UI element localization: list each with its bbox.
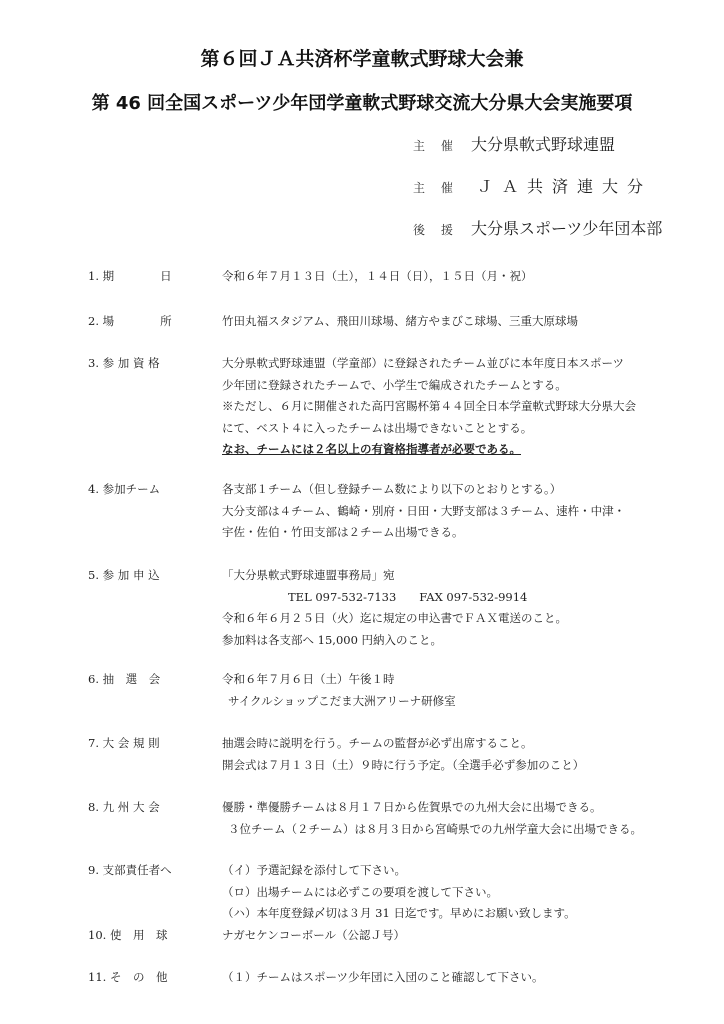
item-ball: 10. 使 用 球 ナガセケンコーボール（公認Ｊ号） [88, 925, 648, 947]
item-line: 竹田丸福スタジアム、飛田川球場、緒方やまびこ球場、三重大原球場 [222, 311, 648, 333]
item-label: 8. 九 州 大 会 [88, 797, 222, 840]
item-label: 3. 参 加 資 格 [88, 353, 222, 461]
organizer-row-2: 主 催 ＪＡ共済連大分 [413, 174, 652, 197]
item-label: 9. 支部責任者へ [88, 860, 222, 925]
item-label: 7. 大 会 規 則 [88, 733, 222, 776]
item-body: 各支部１チーム（但し登録チーム数により以下のとおりとする。） 大分支部は４チーム… [222, 479, 648, 544]
contact-phone-fax: TEL 097-532-7133 FAX 097-532-9914 [222, 587, 648, 609]
item-venues: 2. 場 所 竹田丸福スタジアム、飛田川球場、緒方やまびこ球場、三重大原球場 [88, 311, 648, 333]
item-line: 抽選会時に説明を行う。チームの監督が必ず出席すること。 [222, 733, 648, 755]
item-line: 大分支部は４チーム、鶴崎・別府・日田・大野支部は３チーム、速杵・中津・ [222, 501, 648, 523]
item-line: （１）チームはスポーツ少年団に入団のこと確認して下さい。 [222, 967, 648, 989]
item-body: ナガセケンコーボール（公認Ｊ号） [222, 925, 648, 947]
item-line: 大分県軟式野球連盟（学童部）に登録されたチーム並びに本年度日本スポーツ [222, 353, 648, 375]
item-line: 「大分県軟式野球連盟事務局」宛 [222, 565, 648, 587]
item-eligibility: 3. 参 加 資 格 大分県軟式野球連盟（学童部）に登録されたチーム並びに本年度… [88, 353, 648, 461]
item-label: 6. 抽 選 会 [88, 669, 222, 712]
organizer-row-1: 主 催 大分県軟式野球連盟 [413, 132, 615, 155]
item-line: 各支部１チーム（但し登録チーム数により以下のとおりとする。） [222, 479, 648, 501]
item-line: 少年団に登録されたチームで、小学生で編成されたチームとする。 [222, 375, 648, 397]
item-label: 4. 参加チーム [88, 479, 222, 544]
item-line: ※ただし、６月に開催された高円宮賜杯第４４回全日本学童軟式野球大分県大会 [222, 396, 648, 418]
item-rules: 7. 大 会 規 則 抽選会時に説明を行う。チームの監督が必ず出席すること。 開… [88, 733, 648, 776]
item-line: 令和６年７月６日（土）午後１時 [222, 669, 648, 691]
item-line: 参加料は各支部へ 15,000 円納入のこと。 [222, 630, 648, 652]
item-line: 令和６年６月２５日（火）迄に規定の申込書でＦＡＸ電送のこと。 [222, 608, 648, 630]
item-body: 優勝・準優勝チームは８月１７日から佐賀県での九州大会に出場できる。 ３位チーム（… [222, 797, 648, 840]
item-other: 11. そ の 他 （１）チームはスポーツ少年団に入団のこと確認して下さい。 [88, 967, 648, 989]
item-dates: 1. 期 日 令和６年７月１３日（土），１４日（日），１５日（月・祝） [88, 266, 648, 288]
item-body: 大分県軟式野球連盟（学童部）に登録されたチーム並びに本年度日本スポーツ 少年団に… [222, 353, 648, 461]
item-label: 10. 使 用 球 [88, 925, 222, 947]
item-label: 1. 期 日 [88, 266, 222, 288]
item-line: にて、ベスト４に入ったチームは出場できないこととする。 [222, 418, 648, 440]
item-body: 令和６年７月６日（土）午後１時 サイクルショップこだま大洲アリーナ研修室 [222, 669, 648, 712]
item-body: 抽選会時に説明を行う。チームの監督が必ず出席すること。 開会式は７月１３日（土）… [222, 733, 648, 776]
item-label: 2. 場 所 [88, 311, 222, 333]
item-participating-teams: 4. 参加チーム 各支部１チーム（但し登録チーム数により以下のとおりとする。） … [88, 479, 648, 544]
item-body: 竹田丸福スタジアム、飛田川球場、緒方やまびこ球場、三重大原球場 [222, 311, 648, 333]
organizer-role: 主 催 [413, 137, 471, 154]
item-line: 開会式は７月１３日（土）９時に行う予定。（全選手必ず参加のこと） [222, 755, 648, 777]
item-line: 優勝・準優勝チームは８月１７日から佐賀県での九州大会に出場できる。 [222, 797, 648, 819]
item-body: （１）チームはスポーツ少年団に入団のこと確認して下さい。 [222, 967, 648, 989]
eligibility-emphasis-note: なお、チームには２名以上の有資格指導者が必要である。 [222, 439, 648, 461]
supporter-name: 大分県スポーツ少年団本部 [471, 216, 662, 239]
item-line: ３位チーム（２チーム）は８月３日から宮崎県での九州学童大会に出場できる。 [222, 819, 648, 841]
item-body: 令和６年７月１３日（土），１４日（日），１５日（月・祝） [222, 266, 648, 288]
organizer-role: 主 催 [413, 179, 471, 196]
item-body: （イ）予選記録を添付して下さい。 （ロ）出場チームには必ずこの要項を渡して下さい… [222, 860, 648, 925]
item-line: サイクルショップこだま大洲アリーナ研修室 [222, 691, 648, 713]
item-drawing: 6. 抽 選 会 令和６年７月６日（土）午後１時 サイクルショップこだま大洲アリ… [88, 669, 648, 712]
item-line: ナガセケンコーボール（公認Ｊ号） [222, 925, 648, 947]
item-line: 令和６年７月１３日（土），１４日（日），１５日（月・祝） [222, 266, 648, 288]
item-branch-managers: 9. 支部責任者へ （イ）予選記録を添付して下さい。 （ロ）出場チームには必ずこ… [88, 860, 648, 925]
item-body: 「大分県軟式野球連盟事務局」宛 TEL 097-532-7133 FAX 097… [222, 565, 648, 651]
document-title-line2: 第 46 回全国スポーツ少年団学童軟式野球交流大分県大会実施要項 [0, 89, 724, 115]
item-line: （ロ）出場チームには必ずこの要項を渡して下さい。 [222, 882, 648, 904]
organizer-name: ＪＡ共済連大分 [471, 174, 652, 197]
item-line: 宇佐・佐伯・竹田支部は２チーム出場できる。 [222, 522, 648, 544]
organizer-name: 大分県軟式野球連盟 [471, 132, 615, 155]
item-line: （ハ）本年度登録〆切は３月 31 日迄です。早めにお願い致します。 [222, 903, 648, 925]
supporter-role: 後 援 [413, 221, 471, 238]
document-title-line1: 第６回ＪＡ共済杯学童軟式野球大会兼 [0, 44, 724, 71]
item-label: 11. そ の 他 [88, 967, 222, 989]
item-kyushu-tournament: 8. 九 州 大 会 優勝・準優勝チームは８月１７日から佐賀県での九州大会に出場… [88, 797, 648, 840]
item-line: （イ）予選記録を添付して下さい。 [222, 860, 648, 882]
item-label: 5. 参 加 申 込 [88, 565, 222, 651]
item-application: 5. 参 加 申 込 「大分県軟式野球連盟事務局」宛 TEL 097-532-7… [88, 565, 648, 651]
supporter-row: 後 援 大分県スポーツ少年団本部 [413, 216, 662, 239]
